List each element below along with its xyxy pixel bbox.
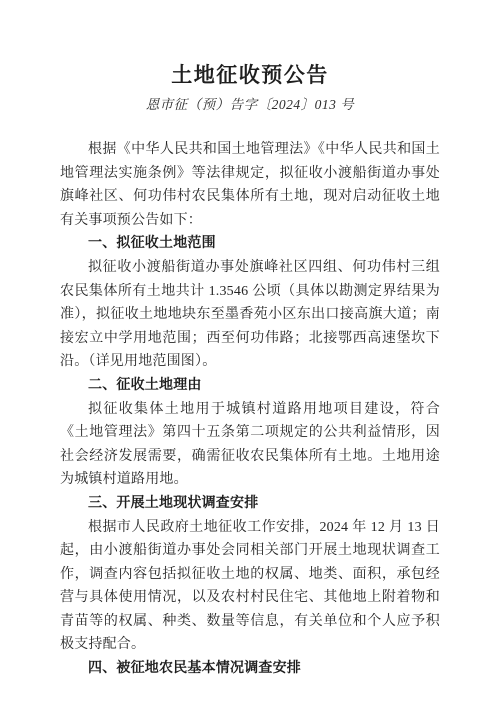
body-paragraph: 根据《中华人民共和国土地管理法》《中华人民共和国土地管理法实施条例》等法律规定，… [60,138,440,232]
body-paragraph: 拟征收集体土地用于城镇村道路用地项目建设，符合《土地管理法》第四十五条第二项规定… [60,398,440,492]
body-paragraph: 拟征收小渡船街道办事处旗峰社区四组、何功伟村三组农民集体所有土地共计 1.354… [60,256,440,374]
document-title: 土地征收预公告 [60,62,440,89]
section-heading: 二、征收土地理由 [60,374,440,398]
section-heading: 一、拟征收土地范围 [60,232,440,256]
document-number: 恩市征（预）告字〔2024〕013 号 [60,96,440,114]
section-heading: 四、被征地农民基本情况调查安排 [60,657,440,681]
section-heading: 三、开展土地现状调查安排 [60,492,440,516]
body-paragraph: 根据市人民政府土地征收工作安排，2024 年 12 月 13 日起，由小渡船街道… [60,516,440,658]
document-body: 根据《中华人民共和国土地管理法》《中华人民共和国土地管理法实施条例》等法律规定，… [60,138,440,681]
document-page: 土地征收预公告 恩市征（预）告字〔2024〕013 号 根据《中华人民共和国土地… [0,0,500,707]
